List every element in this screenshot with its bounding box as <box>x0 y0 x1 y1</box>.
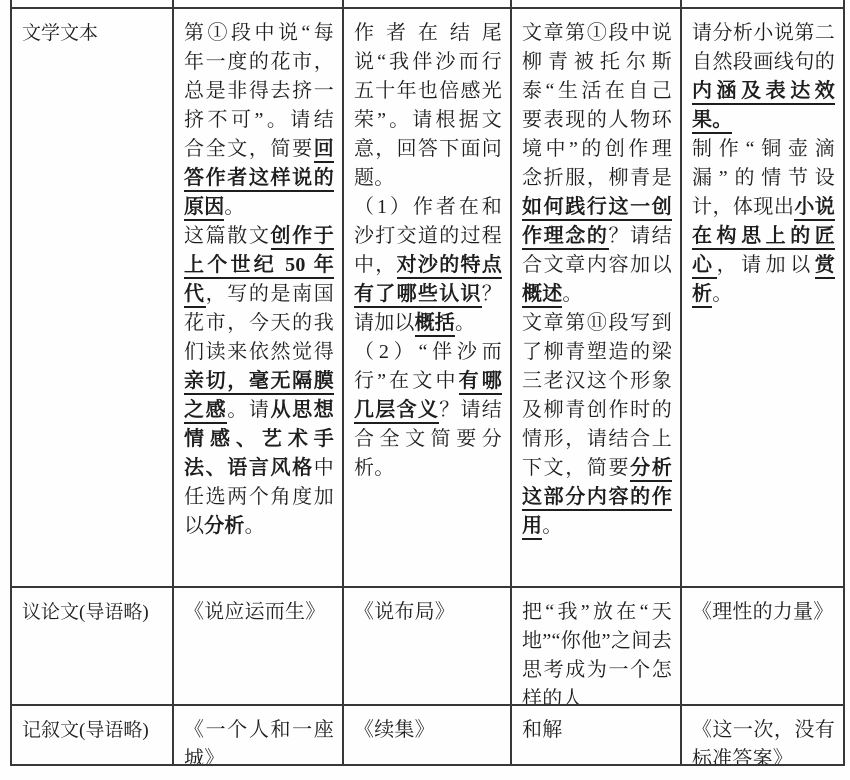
text-run: 文章第①段中说柳青被托尔斯泰“生活在自己要表现的人物环境中”的创作理念折服，柳青… <box>522 22 672 189</box>
question-text: 作者在结尾说“我伴沙而行五十年也倍感光荣”。请根据文意，回答下面问题。（1）作者… <box>344 9 510 586</box>
stub-cell <box>511 0 681 8</box>
text-run: 。 <box>712 283 732 305</box>
text-run: 《理性的力量》 <box>692 601 833 623</box>
row-header-cell: 文学文本 <box>11 8 173 587</box>
paragraph: 和解 <box>522 716 672 745</box>
paragraph: 《这一次，没有标准答案》 <box>692 716 835 764</box>
paragraph: 文章第⑪段写到了柳青塑造的梁三老汉这个形象及柳青创作时的情形，请结合上下文，简要… <box>522 309 672 541</box>
stub-cell <box>11 0 173 8</box>
table-cell: 作者在结尾说“我伴沙而行五十年也倍感光荣”。请根据文意，回答下面问题。（1）作者… <box>343 8 511 587</box>
table-cell: 和解 <box>511 705 681 765</box>
table-cell: 《理性的力量》 <box>681 587 844 705</box>
text-run: 。 <box>562 283 582 305</box>
table-row-literary-text: 文学文本 第①段中说“每年一度的花市，总是非得去挤一挤不可”。请结合全文，简要回… <box>11 8 844 587</box>
table-row-narrative-essay: 记叙文(导语略) 《一个人和一座城》 《续集》 和解 《这一次，没有标准答案》 <box>11 705 844 765</box>
table-cell: 《说布局》 <box>343 587 511 705</box>
table-row-cutoff-stub <box>11 0 844 8</box>
paragraph: 这篇散文创作于上个世纪 50 年代，写的是南国花市，今天的我们读来依然觉得亲切，… <box>184 222 334 541</box>
paragraph: 文章第①段中说柳青被托尔斯泰“生活在自己要表现的人物环境中”的创作理念折服，柳青… <box>522 19 672 309</box>
text-run: 。请 <box>227 399 270 421</box>
text-run: 。 <box>245 515 265 537</box>
stub-cell <box>173 0 343 8</box>
row-header-cell: 记叙文(导语略) <box>11 705 173 765</box>
question-text: 请分析小说第二自然段画线句的内涵及表达效果。制作“铜壶滴漏”的情节设计，体现出小… <box>682 9 843 586</box>
essay-title: 《说布局》 <box>344 588 510 704</box>
paragraph: 《说布局》 <box>354 598 502 627</box>
row-header-cell: 议论文(导语略) <box>11 587 173 705</box>
question-text: 文章第①段中说柳青被托尔斯泰“生活在自己要表现的人物环境中”的创作理念折服，柳青… <box>512 9 680 586</box>
essay-title: 《续集》 <box>344 706 510 764</box>
text-run: ，写的是南国花市，今天的我们读来依然觉得 <box>184 283 334 363</box>
emphasis-text-run: 概述 <box>522 283 562 308</box>
table-cell: 《这一次，没有标准答案》 <box>681 705 844 765</box>
text-run: 作者在结尾说“我伴沙而行五十年也倍感光荣”。请根据文意，回答下面问题。 <box>354 22 502 189</box>
paragraph: （1）作者在和沙打交道的过程中，对沙的特点有了哪些认识？请加以概括。 <box>354 193 502 338</box>
text-run: 请分析小说第二自然段画线句的 <box>692 22 835 73</box>
text-run: 把“我”放在“天地”“你他”之间去思考成为一个怎样的人 <box>522 601 672 704</box>
document-page: 文学文本 第①段中说“每年一度的花市，总是非得去挤一挤不可”。请结合全文，简要回… <box>0 0 850 780</box>
text-run: 和解 <box>522 719 562 741</box>
table-cell: 《续集》 <box>343 705 511 765</box>
paragraph: 作者在结尾说“我伴沙而行五十年也倍感光荣”。请根据文意，回答下面问题。 <box>354 19 502 193</box>
table-cell: 文章第①段中说柳青被托尔斯泰“生活在自己要表现的人物环境中”的创作理念折服，柳青… <box>511 8 681 587</box>
emphasis-text-run: 内涵及表达效果。 <box>692 80 835 134</box>
row-header-label: 文学文本 <box>12 9 172 586</box>
emphasis-text-run: 分析 <box>204 515 244 537</box>
table-row-argumentative-essay: 议论文(导语略) 《说应运而生》 《说布局》 把“我”放在“天地”“你他”之间去… <box>11 587 844 705</box>
exam-questions-table: 文学文本 第①段中说“每年一度的花市，总是非得去挤一挤不可”。请结合全文，简要回… <box>10 0 845 766</box>
table-cell: 《一个人和一座城》 <box>173 705 343 765</box>
table-cell: 把“我”放在“天地”“你他”之间去思考成为一个怎样的人 <box>511 587 681 705</box>
text-run: 《说应运而生》 <box>184 601 325 623</box>
text-run: 。 <box>455 312 475 334</box>
emphasis-text-run: 概括 <box>415 312 455 337</box>
row-header-label: 记叙文(导语略) <box>12 706 172 764</box>
paragraph: 《续集》 <box>354 716 502 745</box>
paragraph: 第①段中说“每年一度的花市，总是非得去挤一挤不可”。请结合全文，简要回答作者这样… <box>184 19 334 222</box>
row-header-label: 议论文(导语略) <box>12 588 172 704</box>
text-run: 《说布局》 <box>354 601 455 623</box>
text-run: 。 <box>224 196 244 218</box>
stub-cell <box>343 0 511 8</box>
text-run: 《续集》 <box>354 719 435 741</box>
text-run: 文章第⑪段写到了柳青塑造的梁三老汉这个形象及柳青创作时的情形，请结合上下文，简要 <box>522 312 672 479</box>
paragraph: 《一个人和一座城》 <box>184 716 334 764</box>
table-cell: 《说应运而生》 <box>173 587 343 705</box>
text-run: 《一个人和一座城》 <box>184 719 334 764</box>
paragraph: 制作“铜壶滴漏”的情节设计，体现出小说在构思上的匠心，请加以赏析。 <box>692 135 835 309</box>
essay-title: 《说应运而生》 <box>174 588 342 704</box>
essay-title: 《一个人和一座城》 <box>174 706 342 764</box>
text-run: 。 <box>542 515 562 537</box>
question-text: 第①段中说“每年一度的花市，总是非得去挤一挤不可”。请结合全文，简要回答作者这样… <box>174 9 342 586</box>
text-run: 这篇散文 <box>184 225 271 247</box>
essay-title: 和解 <box>512 706 680 764</box>
paragraph: （2）“伴沙而行”在文中有哪几层含义？请结合全文简要分析。 <box>354 338 502 483</box>
text-run: ，请加以 <box>717 254 815 276</box>
paragraph: 把“我”放在“天地”“你他”之间去思考成为一个怎样的人 <box>522 598 672 704</box>
paragraph: 请分析小说第二自然段画线句的内涵及表达效果。 <box>692 19 835 135</box>
paragraph: 《说应运而生》 <box>184 598 334 627</box>
essay-title: 把“我”放在“天地”“你他”之间去思考成为一个怎样的人 <box>512 588 680 704</box>
text-run: 第①段中说“每年一度的花市，总是非得去挤一挤不可”。请结合全文，简要 <box>184 22 334 160</box>
table-cell: 第①段中说“每年一度的花市，总是非得去挤一挤不可”。请结合全文，简要回答作者这样… <box>173 8 343 587</box>
table-cell: 请分析小说第二自然段画线句的内涵及表达效果。制作“铜壶滴漏”的情节设计，体现出小… <box>681 8 844 587</box>
text-run: 《这一次，没有标准答案》 <box>692 719 835 764</box>
stub-cell <box>681 0 844 8</box>
paragraph: 《理性的力量》 <box>692 598 835 627</box>
essay-title: 《这一次，没有标准答案》 <box>682 706 843 764</box>
essay-title: 《理性的力量》 <box>682 588 843 704</box>
